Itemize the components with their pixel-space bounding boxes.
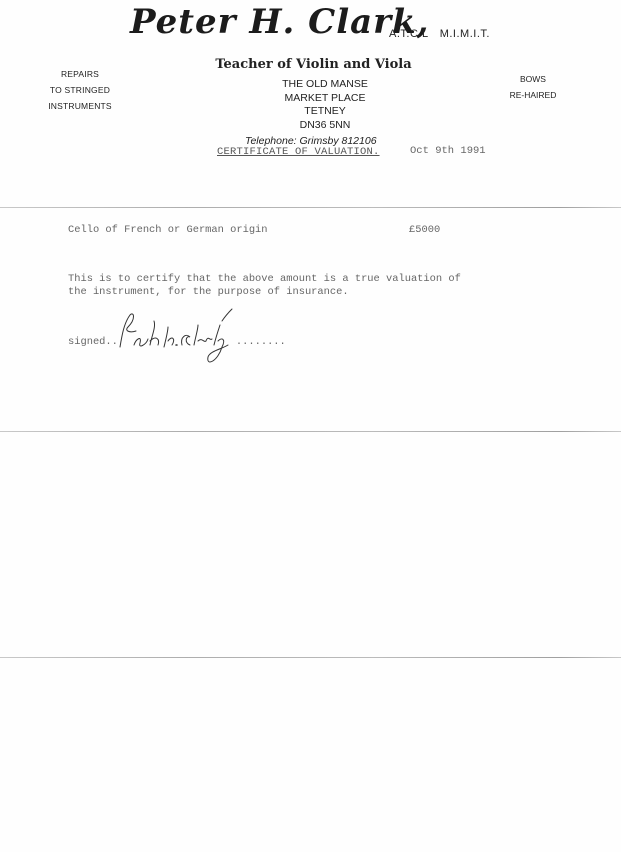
address-line: DN36 5NN bbox=[240, 119, 410, 133]
document-date: Oct 9th 1991 bbox=[410, 145, 486, 157]
qualifications: A.T.C.L M.I.M.I.T. bbox=[389, 28, 490, 40]
fold-line bbox=[0, 657, 621, 658]
signed-dots: ........ bbox=[236, 336, 286, 348]
document-heading: CERTIFICATE OF VALUATION. bbox=[217, 146, 380, 158]
services-left: REPAIRS TO STRINGED INSTRUMENTS bbox=[38, 66, 122, 114]
address-line: THE OLD MANSE bbox=[240, 78, 410, 92]
statement-line: the instrument, for the purpose of insur… bbox=[68, 286, 461, 299]
item-value: £5000 bbox=[409, 224, 440, 236]
statement-line: This is to certify that the above amount… bbox=[68, 273, 461, 286]
service-line: INSTRUMENTS bbox=[38, 98, 122, 114]
letterhead-name: Peter H. Clark, bbox=[130, 2, 429, 42]
address-block: THE OLD MANSE MARKET PLACE TETNEY DN36 5… bbox=[240, 78, 410, 132]
address-line: TETNEY bbox=[240, 105, 410, 119]
fold-line bbox=[0, 207, 621, 208]
signature-icon bbox=[110, 305, 240, 375]
service-line: BOWS bbox=[498, 71, 568, 87]
service-line: TO STRINGED bbox=[38, 82, 122, 98]
service-line: REPAIRS bbox=[38, 66, 122, 82]
certification-statement: This is to certify that the above amount… bbox=[68, 273, 461, 299]
fold-line bbox=[0, 431, 621, 432]
address-line: MARKET PLACE bbox=[240, 92, 410, 106]
services-right: BOWS RE-HAIRED bbox=[498, 71, 568, 103]
item-description: Cello of French or German origin bbox=[68, 224, 268, 236]
service-line: RE-HAIRED bbox=[498, 87, 568, 103]
